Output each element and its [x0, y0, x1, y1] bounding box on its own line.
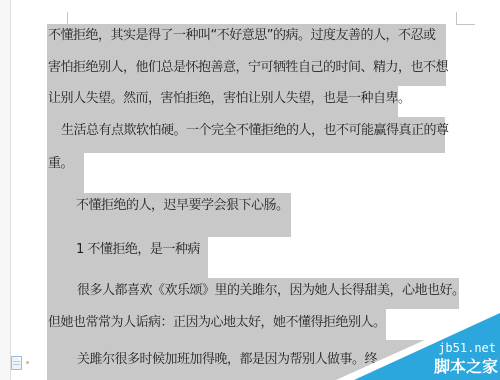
text-line[interactable]: 让别人失望。然而，害怕拒绝，害怕让别人失望，也是一种自卑。 — [48, 91, 411, 107]
text-line[interactable]: 1 不懂拒绝，是一种病 — [76, 242, 200, 258]
watermark-site-text: jb51.net — [434, 341, 496, 355]
document-page[interactable]: 不懂拒绝，其实是得了一种叫“不好意思”的病。过度友善的人，不忍或 害怕拒绝别人，… — [10, 0, 500, 380]
marker-dot-icon — [26, 361, 29, 364]
text-line[interactable]: 关雎尔很多时候加班加得晚，都是因为帮别人做事。终 — [77, 352, 377, 368]
text-line[interactable]: 生活总有点欺软怕硬。一个完全不懂拒绝的人，也不可能赢得真正的尊 — [61, 123, 449, 139]
text-line[interactable]: 不懂拒绝的人，迟早要学会狠下心肠。 — [76, 198, 289, 214]
document-marker-icon[interactable] — [11, 356, 22, 370]
text-line[interactable]: 害怕拒绝别人，他们总是怀抱善意，宁可牺牲自己的时间、精力，也不想 — [48, 60, 448, 76]
text-line[interactable]: 但她也常常为人诟病：正因为心地太好，她不懂得拒绝别人。 — [48, 315, 386, 331]
watermark-name-text: 脚本之家 — [430, 357, 498, 377]
text-line[interactable]: 重。 — [48, 156, 73, 172]
text-line[interactable]: 不懂拒绝，其实是得了一种叫“不好意思”的病。过度友善的人，不忍或 — [48, 28, 435, 44]
margin-crop-mark-top-right — [456, 12, 475, 25]
word-document-view: { "colors": { "selection_highlight": "#c… — [0, 0, 500, 380]
text-line[interactable]: 很多人都喜欢《欢乐颂》里的关雎尔，因为她人长得甜美，心地也好。 — [77, 283, 465, 299]
